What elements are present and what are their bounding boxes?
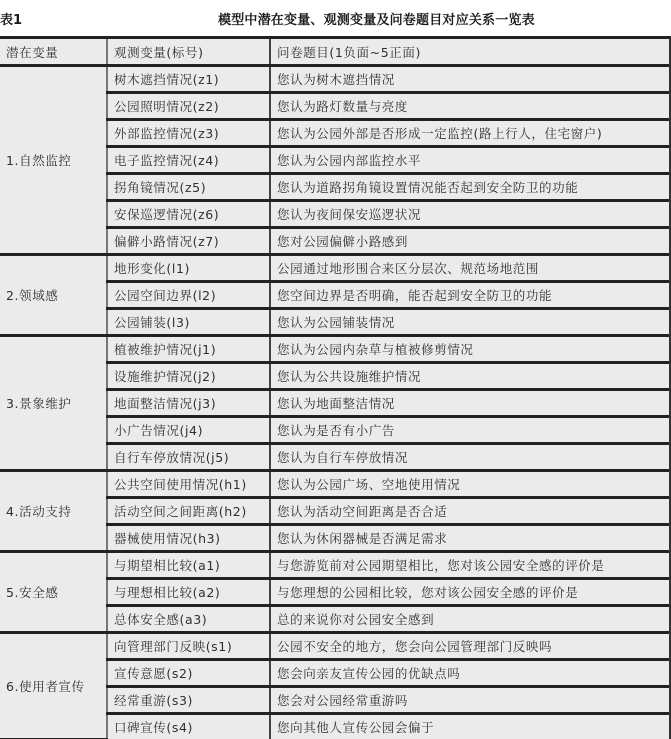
question-cell: 您会对公园经常重游吗: [270, 687, 669, 714]
question-cell: 您认为活动空间距离是否合适: [270, 498, 669, 525]
observed-variable-cell: 公园铺装(l3): [107, 309, 270, 336]
observed-variable-cell: 拐角镜情况(z5): [107, 174, 270, 201]
question-cell: 您认为自行车停放情况: [270, 444, 669, 471]
table-row: 1.自然监控 树木遮挡情况(z1) 您认为树木遮挡情况: [0, 66, 669, 93]
latent-variable-cell: 6.使用者宣传: [0, 633, 107, 739]
table-title: 模型中潜在变量、观测变量及问卷题目对应关系一览表: [218, 9, 535, 28]
observed-variable-cell: 地面整洁情况(j3): [107, 390, 270, 417]
observed-variable-cell: 总体安全感(a3): [107, 606, 270, 633]
observed-variable-cell: 与期望相比较(a1): [107, 552, 270, 579]
question-cell: 公园通过地形围合来区分层次、规范场地范围: [270, 255, 669, 282]
observed-variable-cell: 宣传意愿(s2): [107, 660, 270, 687]
question-cell: 您认为道路拐角镜设置情况能否起到安全防卫的功能: [270, 174, 669, 201]
question-cell: 您认为公共设施维护情况: [270, 363, 669, 390]
question-cell: 您空间边界是否明确，能否起到安全防卫的功能: [270, 282, 669, 309]
question-cell: 您对公园偏僻小路感到: [270, 228, 669, 255]
latent-variable-cell: 3.景象维护: [0, 336, 107, 471]
observed-variable-cell: 自行车停放情况(j5): [107, 444, 270, 471]
question-cell: 您认为公园铺装情况: [270, 309, 669, 336]
observed-variable-cell: 器械使用情况(h3): [107, 525, 270, 552]
observed-variable-cell: 公园照明情况(z2): [107, 93, 270, 120]
observed-variable-cell: 电子监控情况(z4): [107, 147, 270, 174]
observed-variable-cell: 植被维护情况(j1): [107, 336, 270, 363]
header-row: 潜在变量 观测变量(标号) 问卷题目(1负面~5正面): [0, 39, 669, 66]
observed-variable-cell: 公共空间使用情况(h1): [107, 471, 270, 498]
latent-variable-cell: 1.自然监控: [0, 66, 107, 255]
table-row: 3.景象维护 植被维护情况(j1) 您认为公园内杂草与植被修剪情况: [0, 336, 669, 363]
question-cell: 总的来说你对公园安全感到: [270, 606, 669, 633]
observed-variable-cell: 向管理部门反映(s1): [107, 633, 270, 660]
question-cell: 您认为是否有小广告: [270, 417, 669, 444]
observed-variable-cell: 安保巡逻情况(z6): [107, 201, 270, 228]
observed-variable-cell: 树木遮挡情况(z1): [107, 66, 270, 93]
observed-variable-cell: 地形变化(l1): [107, 255, 270, 282]
latent-variable-cell: 2.领域感: [0, 255, 107, 336]
table-number: 表1: [0, 9, 22, 28]
mapping-table: 潜在变量 观测变量(标号) 问卷题目(1负面~5正面) 1.自然监控 树木遮挡情…: [0, 39, 669, 739]
latent-variable-cell: 4.活动支持: [0, 471, 107, 552]
question-cell: 您认为树木遮挡情况: [270, 66, 669, 93]
question-cell: 您认为公园外部是否形成一定监控(路上行人，住宅窗户): [270, 120, 669, 147]
observed-variable-cell: 设施维护情况(j2): [107, 363, 270, 390]
question-cell: 您认为公园内杂草与植被修剪情况: [270, 336, 669, 363]
observed-variable-cell: 经常重游(s3): [107, 687, 270, 714]
question-cell: 您认为地面整洁情况: [270, 390, 669, 417]
question-cell: 您认为夜间保安巡逻状况: [270, 201, 669, 228]
latent-variable-cell: 5.安全感: [0, 552, 107, 633]
header-latent-variable: 潜在变量: [0, 39, 107, 66]
table-row: 5.安全感 与期望相比较(a1) 与您游览前对公园期望相比，您对该公园安全感的评…: [0, 552, 669, 579]
question-cell: 您认为公园内部监控水平: [270, 147, 669, 174]
question-cell: 您会向亲友宣传公园的优缺点吗: [270, 660, 669, 687]
observed-variable-cell: 小广告情况(j4): [107, 417, 270, 444]
observed-variable-cell: 口碑宣传(s4): [107, 714, 270, 739]
question-cell: 与您理想的公园相比较，您对该公园安全感的评价是: [270, 579, 669, 606]
table-row: 2.领域感 地形变化(l1) 公园通过地形围合来区分层次、规范场地范围: [0, 255, 669, 282]
question-cell: 您认为休闲器械是否满足需求: [270, 525, 669, 552]
observed-variable-cell: 活动空间之间距离(h2): [107, 498, 270, 525]
question-cell: 公园不安全的地方，您会向公园管理部门反映吗: [270, 633, 669, 660]
mapping-table-container: 潜在变量 观测变量(标号) 问卷题目(1负面~5正面) 1.自然监控 树木遮挡情…: [0, 36, 671, 739]
observed-variable-cell: 公园空间边界(l2): [107, 282, 270, 309]
table-row: 4.活动支持 公共空间使用情况(h1) 您认为公园广场、空地使用情况: [0, 471, 669, 498]
header-observed-variable: 观测变量(标号): [107, 39, 270, 66]
observed-variable-cell: 与理想相比较(a2): [107, 579, 270, 606]
question-cell: 与您游览前对公园期望相比，您对该公园安全感的评价是: [270, 552, 669, 579]
observed-variable-cell: 偏僻小路情况(z7): [107, 228, 270, 255]
question-cell: 您认为路灯数量与亮度: [270, 93, 669, 120]
observed-variable-cell: 外部监控情况(z3): [107, 120, 270, 147]
question-cell: 您认为公园广场、空地使用情况: [270, 471, 669, 498]
table-row: 6.使用者宣传 向管理部门反映(s1) 公园不安全的地方，您会向公园管理部门反映…: [0, 633, 669, 660]
question-cell: 您向其他人宣传公园会偏于: [270, 714, 669, 739]
header-questionnaire-item: 问卷题目(1负面~5正面): [270, 39, 669, 66]
caption-bar: 表1 模型中潜在变量、观测变量及问卷题目对应关系一览表: [0, 0, 671, 36]
